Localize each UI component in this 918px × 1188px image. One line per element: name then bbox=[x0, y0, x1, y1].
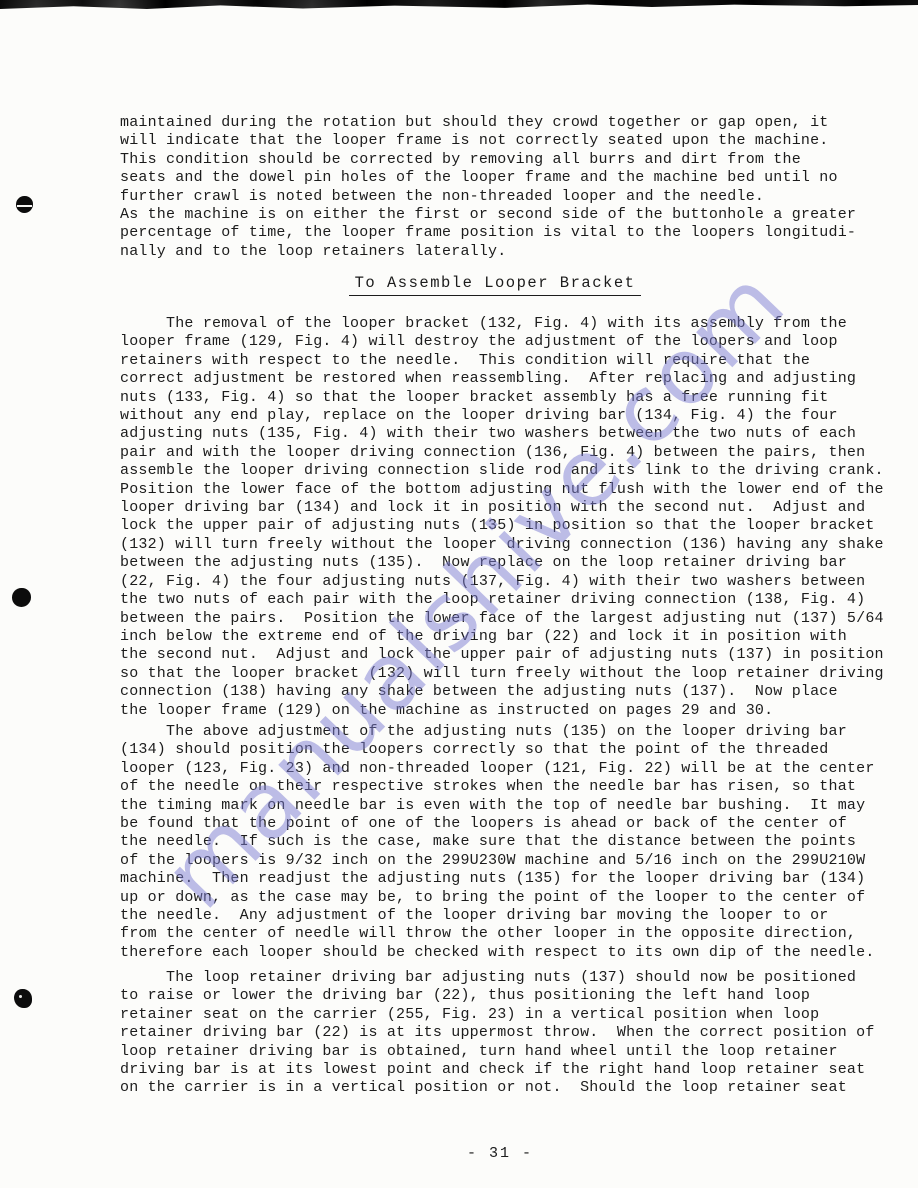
section-heading: To Assemble Looper Bracket bbox=[130, 274, 860, 296]
intro-paragraph: maintained during the rotation but shoul… bbox=[120, 114, 856, 261]
section-heading-text: To Assemble Looper Bracket bbox=[349, 274, 642, 296]
scan-hole-artifact-1 bbox=[16, 196, 33, 213]
assembly-paragraph: The removal of the looper bracket (132, … bbox=[120, 315, 884, 720]
scan-hole-artifact-2 bbox=[12, 588, 31, 607]
scan-edge-artifact-top bbox=[0, 0, 918, 9]
scan-hole-slit bbox=[17, 205, 32, 207]
loop-retainer-paragraph: The loop retainer driving bar adjusting … bbox=[120, 969, 875, 1098]
scan-hole-artifact-3 bbox=[14, 989, 32, 1008]
scanned-manual-page: maintained during the rotation but shoul… bbox=[0, 0, 918, 1188]
scan-hole-speck bbox=[19, 995, 22, 998]
page-number: - 31 - bbox=[120, 1145, 880, 1162]
adjustment-paragraph: The above adjustment of the adjusting nu… bbox=[120, 723, 875, 962]
